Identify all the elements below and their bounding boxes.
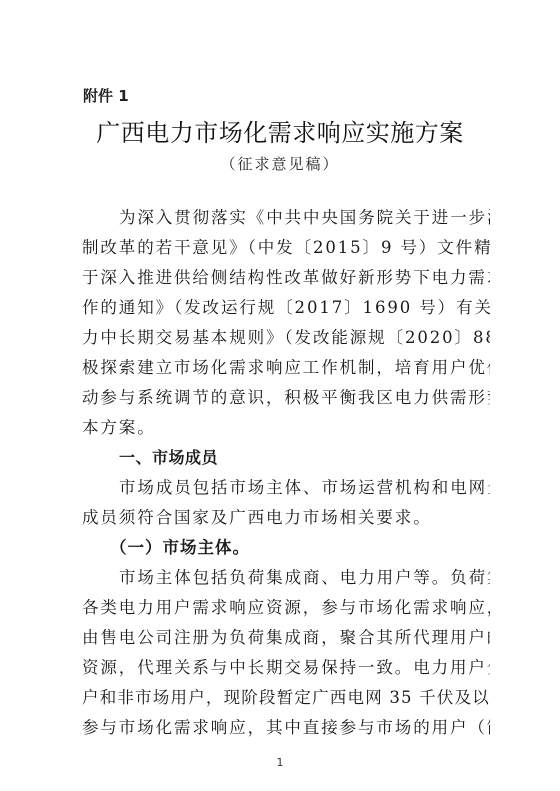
document-title: 广西电力市场化需求响应实施方案 <box>0 113 560 148</box>
subsection-heading: （一）市场主体。 <box>82 533 490 563</box>
section-heading: 一、市场成员 <box>82 443 490 473</box>
paragraph-line: 资源，代理关系与中长期交易保持一致。电力用户分为市场用 <box>82 653 490 683</box>
document-subtitle: （征求意见稿） <box>0 153 560 174</box>
paragraph-line: 参与市场化需求响应，其中直接参与市场的用户（简称“批发 <box>82 713 490 743</box>
paragraph-line: 市场成员包括市场主体、市场运营机构和电网企业。市场 <box>82 473 490 503</box>
paragraph-line: 为深入贯彻落实《中共中央国务院关于进一步深化电力体 <box>82 203 490 233</box>
paragraph-line: 各类电力用户需求响应资源，参与市场化需求响应，现阶段暂 <box>82 593 490 623</box>
paragraph-line: 由售电公司注册为负荷集成商，聚合其所代理用户的需求响应 <box>82 623 490 653</box>
page-number: 1 <box>0 756 560 769</box>
document-body: 为深入贯彻落实《中共中央国务院关于进一步深化电力体 制改革的若干意见》（中发〔2… <box>82 203 490 743</box>
paragraph-line: 市场主体包括负荷集成商、电力用户等。负荷集成商聚合 <box>82 563 490 593</box>
attachment-label: 附件 1 <box>83 85 129 106</box>
paragraph-line: 成员须符合国家及广西电力市场相关要求。 <box>82 503 490 533</box>
paragraph-line: 户和非市场用户，现阶段暂定广西电网 35 千伏及以上市场用户 <box>82 683 490 713</box>
paragraph-line: 作的通知》（发改运行规〔2017〕1690 号）有关要求，结合《电 <box>82 293 490 323</box>
paragraph-line: 力中长期交易基本规则》（发改能源规〔2020〕889 号），积 <box>82 323 490 353</box>
paragraph-line: 极探索建立市场化需求响应工作机制，培育用户优化负荷、主 <box>82 353 490 383</box>
paragraph-line: 制改革的若干意见》（中发〔2015〕9 号）文件精神，按照《关 <box>82 233 490 263</box>
document-page: 附件 1 广西电力市场化需求响应实施方案 （征求意见稿） 为深入贯彻落实《中共中… <box>0 0 560 791</box>
paragraph-line: 本方案。 <box>82 413 490 443</box>
paragraph-line: 动参与系统调节的意识，积极平衡我区电力供需形势，特制定 <box>82 383 490 413</box>
paragraph-line: 于深入推进供给侧结构性改革做好新形势下电力需求侧管理工 <box>82 263 490 293</box>
